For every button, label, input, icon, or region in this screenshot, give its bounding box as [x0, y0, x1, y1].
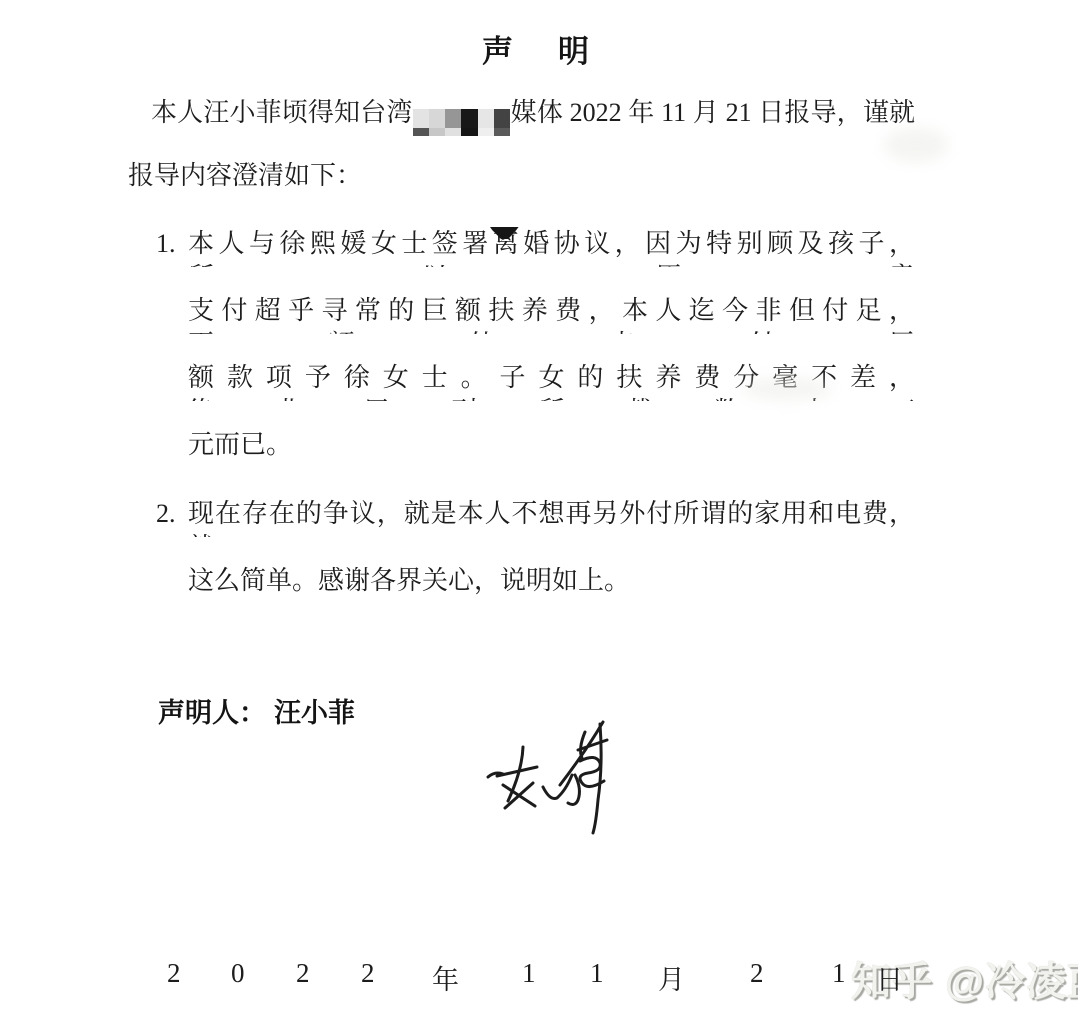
item-1-text-before-smudge: 本人与徐熙媛女士签署: [188, 229, 493, 258]
list-item-2-line-2: 这么简单。感谢各界关心，说明如上。: [188, 564, 630, 598]
date-token: 月: [658, 958, 685, 997]
scan-artifact: [884, 128, 948, 162]
signer-line: 声明人：汪小菲: [158, 696, 355, 730]
intro-line-1: 本人汪小菲顷得知台湾媒体 2022 年 11 月 21 日报导，谨就: [151, 96, 915, 136]
date-token: 年: [432, 958, 459, 997]
date-token: 1: [522, 958, 536, 989]
statement-document-page: 声 明 本人汪小菲顷得知台湾媒体 2022 年 11 月 21 日报导，谨就 报…: [0, 0, 1078, 1019]
date-token: 1: [832, 958, 846, 989]
smudged-character: 离: [493, 227, 519, 261]
list-item-1-line-4: 元而已。: [188, 428, 292, 462]
signature-handwriting: [478, 705, 628, 855]
signer-label: 声明人：: [158, 698, 266, 728]
document-title: 声 明: [0, 26, 1078, 71]
date-token: 0: [231, 958, 245, 989]
list-item-2-number: 2.: [156, 497, 176, 531]
date-token: 1: [590, 958, 604, 989]
censor-mosaic-cell: [461, 109, 477, 128]
censor-mosaic-cell: [429, 109, 445, 128]
date-token: 2: [167, 958, 181, 989]
date-token: 2: [750, 958, 764, 989]
date-token: 2: [296, 958, 310, 989]
list-item-1-number: 1.: [156, 227, 176, 261]
list-item-1-line-2: 支付超乎寻常的巨额扶养费，本人迄今非但付足，更额外支付巨: [188, 294, 915, 334]
list-item-1-line-1: 本人与徐熙媛女士签署离婚协议，因为特别顾及孩子，所以愿意: [188, 227, 915, 267]
censor-mosaic-cell: [478, 109, 494, 128]
censor-mosaic-cell: [461, 128, 477, 136]
date-token: 2: [361, 958, 375, 989]
censor-mosaic-cell: [478, 128, 494, 136]
censor-mosaic-cell: [413, 128, 429, 136]
date-token: 日: [876, 958, 903, 997]
censor-mosaic-cell: [429, 128, 445, 136]
intro-line-1-text-after-censor: 媒体 2022 年 11 月 21 日报导，谨就: [511, 98, 915, 127]
censor-mosaic-cell: [445, 109, 461, 128]
censor-mosaic-cell: [445, 128, 461, 136]
censor-mosaic-cell: [494, 128, 510, 136]
list-item-2-line-1: 现在存在的争议，就是本人不想再另外付所谓的家用和电费，就: [188, 497, 915, 537]
censor-mosaic-block: [413, 109, 511, 136]
intro-line-1-text-before-censor: 本人汪小菲顷得知台湾: [151, 98, 413, 127]
intro-line-2: 报导内容澄清如下：: [128, 159, 362, 193]
censor-mosaic-cell: [494, 109, 510, 128]
censor-mosaic-cell: [413, 109, 429, 128]
date-line: 2022年11月21日: [0, 958, 1078, 998]
signer-name: 汪小菲: [274, 698, 355, 728]
scan-artifact: [742, 378, 832, 400]
